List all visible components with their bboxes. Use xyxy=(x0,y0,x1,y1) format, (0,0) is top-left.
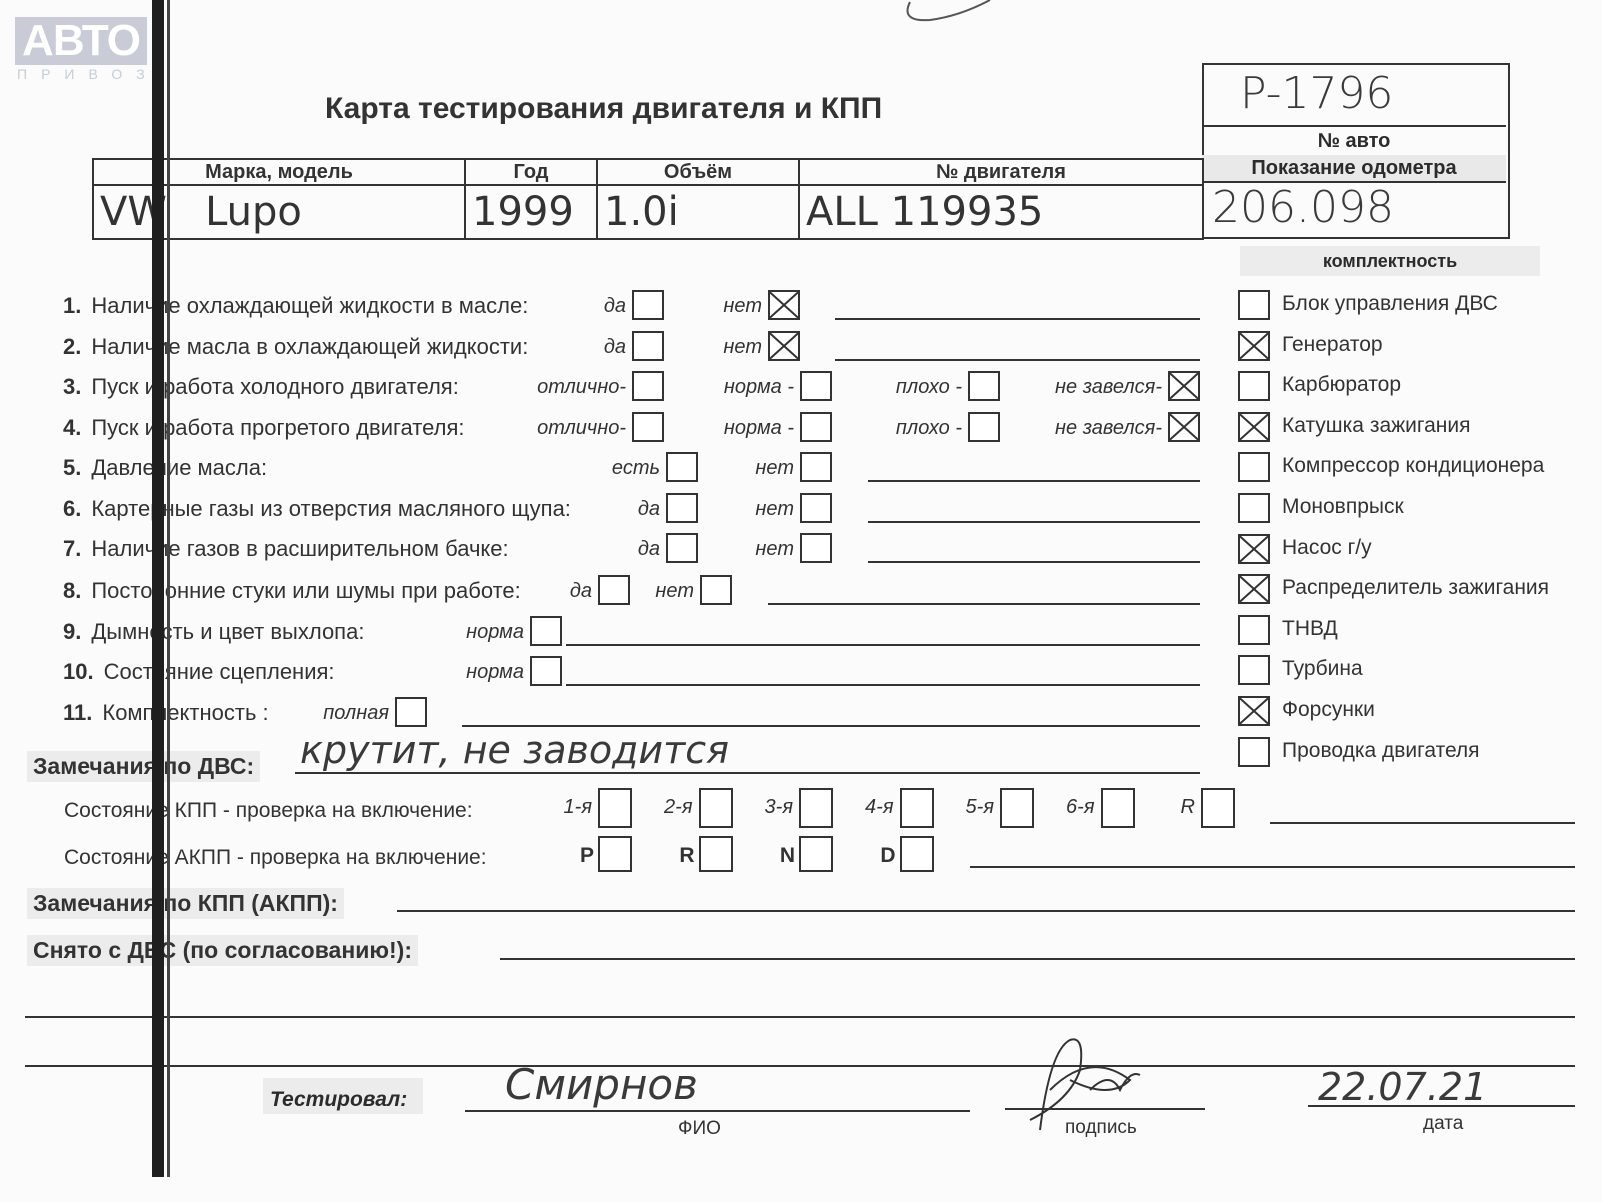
checkbox[interactable] xyxy=(1168,412,1200,442)
odometer-value[interactable]: 206.098 xyxy=(1212,182,1394,233)
item-number: 11. xyxy=(63,700,92,725)
logo: АВТО xyxy=(15,17,147,65)
gear-checkbox[interactable] xyxy=(1101,788,1135,828)
completeness-checkbox[interactable] xyxy=(1238,412,1270,442)
item-label: Комплектность : xyxy=(102,700,268,725)
completeness-item-label: Форсунки xyxy=(1282,698,1375,722)
auto-number-value[interactable]: P-1796 xyxy=(1240,68,1393,119)
checkbox[interactable] xyxy=(598,575,630,605)
completeness-checkbox[interactable] xyxy=(1238,655,1270,685)
completeness-item-label: Насос г/у xyxy=(1282,536,1372,560)
completeness-item-label: Генератор xyxy=(1282,333,1383,357)
option-label: есть xyxy=(612,457,660,480)
gearbox-auto-label: Состояние АКПП - проверка на включение: xyxy=(64,846,487,870)
item-number: 2. xyxy=(63,334,81,359)
logo-subtitle: ПРИВОЗ xyxy=(17,66,159,82)
checkbox[interactable] xyxy=(632,331,664,361)
tester-name-value[interactable]: Смирнов xyxy=(505,1060,698,1109)
auto-number-label: № авто xyxy=(1202,125,1506,157)
checklist-item-2: 2.Наличие масла в охлаждающей жидкости: xyxy=(63,334,528,360)
checklist-item-10: 10.Состояние сцепления: xyxy=(63,659,335,685)
item-number: 8. xyxy=(63,578,81,603)
notes-line[interactable] xyxy=(868,521,1200,523)
blank-line-1 xyxy=(25,1016,1575,1018)
mode-checkbox[interactable] xyxy=(598,836,632,872)
completeness-checkbox[interactable] xyxy=(1238,452,1270,482)
notes-line[interactable] xyxy=(768,603,1200,605)
item-label: Пуск и работа холодного двигателя: xyxy=(91,374,458,399)
completeness-item-label: Карбюратор xyxy=(1282,373,1401,397)
checklist-item-7: 7.Наличие газов в расширительном бачке: xyxy=(63,536,509,562)
item-number: 5. xyxy=(63,455,81,480)
option-label: плохо - xyxy=(896,417,962,440)
notes-line[interactable] xyxy=(566,644,1200,646)
gear-label: 5-я xyxy=(966,796,994,819)
checklist-item-11: 11.Комплектность : xyxy=(63,700,269,726)
item-number: 9. xyxy=(63,619,81,644)
gear-checkbox[interactable] xyxy=(1000,788,1034,828)
notes-line[interactable] xyxy=(868,561,1200,563)
gear-label: 4-я xyxy=(865,796,893,819)
mode-checkbox[interactable] xyxy=(699,836,733,872)
gear-label: 6-я xyxy=(1066,796,1094,819)
option-label: отлично- xyxy=(537,376,626,399)
gearbox-auto-line xyxy=(970,866,1575,868)
engine-number-value[interactable]: ALL 119935 xyxy=(799,185,1203,239)
checkbox[interactable] xyxy=(1168,371,1200,401)
checkbox[interactable] xyxy=(530,656,562,686)
completeness-checkbox[interactable] xyxy=(1238,371,1270,401)
completeness-item-label: ТНВД xyxy=(1282,617,1338,641)
completeness-checkbox[interactable] xyxy=(1238,290,1270,320)
checkbox[interactable] xyxy=(768,290,800,320)
checkbox[interactable] xyxy=(632,371,664,401)
completeness-checkbox[interactable] xyxy=(1238,615,1270,645)
checkbox[interactable] xyxy=(768,331,800,361)
item-number: 10. xyxy=(63,659,94,684)
gear-checkbox[interactable] xyxy=(900,788,934,828)
gear-label: 2-я xyxy=(664,796,692,819)
option-label: нет xyxy=(755,498,794,521)
removed-label: Снято с ДВС (по согласованию!): xyxy=(27,935,418,966)
option-label: да xyxy=(604,336,626,359)
option-label: нет xyxy=(723,336,762,359)
gearbox-manual-line xyxy=(1270,822,1575,824)
volume-value[interactable]: 1.0i xyxy=(597,185,799,239)
date-caption: дата xyxy=(1423,1113,1463,1135)
completeness-item-label: Компрессор кондиционера xyxy=(1282,454,1544,478)
checklist-item-1: 1.Наличие охлаждающей жидкости в масле: xyxy=(63,293,528,319)
option-label: не завелся- xyxy=(1055,417,1162,440)
checkbox[interactable] xyxy=(800,412,832,442)
checkbox[interactable] xyxy=(632,290,664,320)
mode-checkbox[interactable] xyxy=(799,836,833,872)
odometer-label: Показание одометра xyxy=(1202,155,1506,183)
tested-by-label: Тестировал: xyxy=(270,1088,407,1112)
checkbox[interactable] xyxy=(700,575,732,605)
gear-label: 1-я xyxy=(564,796,592,819)
checklist-item-3: 3.Пуск и работа холодного двигателя: xyxy=(63,374,459,400)
gear-checkbox[interactable] xyxy=(1201,788,1235,828)
option-label: норма xyxy=(466,621,524,644)
gear-label: 3-я xyxy=(765,796,793,819)
option-label: да xyxy=(604,295,626,318)
item-number: 3. xyxy=(63,374,81,399)
item-label: Давление масла: xyxy=(91,455,267,480)
removed-line[interactable] xyxy=(500,958,1575,960)
year-value[interactable]: 1999 xyxy=(465,185,597,239)
checkbox[interactable] xyxy=(666,452,698,482)
completeness-item-label: Распределитель зажигания xyxy=(1282,576,1549,600)
signature-caption: подпись xyxy=(1065,1117,1137,1139)
item-label: Дымность и цвет выхлопа: xyxy=(91,619,364,644)
item-label: Состояние сцепления: xyxy=(104,659,335,684)
option-label: не завелся- xyxy=(1055,376,1162,399)
checklist-item-6: 6.Картерные газы из отверстия масляного … xyxy=(63,496,571,522)
completeness-checkbox[interactable] xyxy=(1238,493,1270,523)
completeness-checkbox[interactable] xyxy=(1238,331,1270,361)
completeness-item-label: Турбина xyxy=(1282,657,1363,681)
option-label: да xyxy=(638,538,660,561)
col-engine-number: № двигателя xyxy=(799,159,1203,185)
notes-line[interactable] xyxy=(462,725,1200,727)
item-number: 1. xyxy=(63,293,81,318)
notes-line[interactable] xyxy=(566,684,1200,686)
checklist-item-8: 8.Посторонние стуки или шумы при работе: xyxy=(63,578,521,604)
name-line xyxy=(465,1110,970,1112)
gearbox-manual-label: Состояние КПП - проверка на включение: xyxy=(64,799,473,823)
gear-label: R xyxy=(1181,796,1195,819)
option-label: нет xyxy=(755,538,794,561)
notes-line[interactable] xyxy=(868,480,1200,482)
remarks-gearbox-label: Замечания по КПП (АКПП): xyxy=(27,888,344,919)
col-year: Год xyxy=(465,159,597,185)
binder-strip xyxy=(152,0,164,1177)
option-label: полная xyxy=(323,702,389,725)
option-label: нет xyxy=(655,580,694,603)
item-number: 6. xyxy=(63,496,81,521)
checkbox[interactable] xyxy=(395,697,427,727)
item-number: 7. xyxy=(63,536,81,561)
remarks-engine-value[interactable]: крутит, не заводится xyxy=(300,728,729,772)
checkbox[interactable] xyxy=(800,371,832,401)
signature-line xyxy=(1005,1108,1205,1110)
checkbox[interactable] xyxy=(666,493,698,523)
completeness-item-label: Моновпрыск xyxy=(1282,495,1404,519)
remarks-engine-label: Замечания по ДВС: xyxy=(27,751,260,782)
option-label: плохо - xyxy=(896,376,962,399)
checkbox[interactable] xyxy=(632,412,664,442)
completeness-title: комплектность xyxy=(1240,246,1540,276)
checkbox[interactable] xyxy=(530,616,562,646)
mode-label: N xyxy=(780,844,795,868)
col-volume: Объём xyxy=(597,159,799,185)
remarks-gearbox-line[interactable] xyxy=(397,910,1575,912)
gear-checkbox[interactable] xyxy=(699,788,733,828)
mode-label: P xyxy=(580,844,594,868)
checklist-item-9: 9.Дымность и цвет выхлопа: xyxy=(63,619,364,645)
option-label: нет xyxy=(755,457,794,480)
completeness-checkbox[interactable] xyxy=(1238,737,1270,767)
checkbox[interactable] xyxy=(968,412,1000,442)
name-caption: ФИО xyxy=(678,1118,721,1140)
date-value[interactable]: 22.07.21 xyxy=(1318,1065,1487,1109)
vehicle-info-table: Марка, модель Год Объём № двигателя VW L… xyxy=(92,158,1204,240)
checkbox[interactable] xyxy=(666,533,698,563)
notes-line[interactable] xyxy=(835,318,1200,320)
pen-mark-icon xyxy=(900,0,1010,30)
completeness-item-label: Проводка двигателя xyxy=(1282,739,1480,763)
col-brand-model: Марка, модель xyxy=(93,159,465,185)
item-number: 4. xyxy=(63,415,81,440)
binder-strip-edge xyxy=(167,0,170,1177)
checkbox[interactable] xyxy=(800,452,832,482)
checkbox[interactable] xyxy=(800,493,832,523)
completeness-checkbox[interactable] xyxy=(1238,534,1270,564)
checkbox[interactable] xyxy=(968,371,1000,401)
notes-line[interactable] xyxy=(835,359,1200,361)
gear-checkbox[interactable] xyxy=(598,788,632,828)
date-line xyxy=(1308,1105,1575,1107)
checkbox[interactable] xyxy=(800,533,832,563)
completeness-checkbox[interactable] xyxy=(1238,574,1270,604)
option-label: да xyxy=(638,498,660,521)
completeness-checkbox[interactable] xyxy=(1238,696,1270,726)
option-label: норма - xyxy=(724,417,794,440)
page-title: Карта тестирования двигателя и КПП xyxy=(325,92,882,126)
completeness-item-label: Блок управления ДВС xyxy=(1282,292,1498,316)
model-value: Lupo xyxy=(205,189,302,235)
option-label: нет xyxy=(723,295,762,318)
mode-checkbox[interactable] xyxy=(900,836,934,872)
option-label: норма xyxy=(466,661,524,684)
option-label: отлично- xyxy=(537,417,626,440)
mode-label: R xyxy=(679,844,694,868)
mode-label: D xyxy=(880,844,895,868)
remarks-engine-line xyxy=(295,772,1200,774)
completeness-item-label: Катушка зажигания xyxy=(1282,414,1470,438)
option-label: да xyxy=(570,580,592,603)
checklist-item-4: 4.Пуск и работа прогретого двигателя: xyxy=(63,415,464,441)
brand-model-value[interactable]: VW Lupo xyxy=(93,185,465,239)
gear-checkbox[interactable] xyxy=(799,788,833,828)
item-label: Пуск и работа прогретого двигателя: xyxy=(91,415,464,440)
option-label: норма - xyxy=(724,376,794,399)
checklist-item-5: 5.Давление масла: xyxy=(63,455,267,481)
